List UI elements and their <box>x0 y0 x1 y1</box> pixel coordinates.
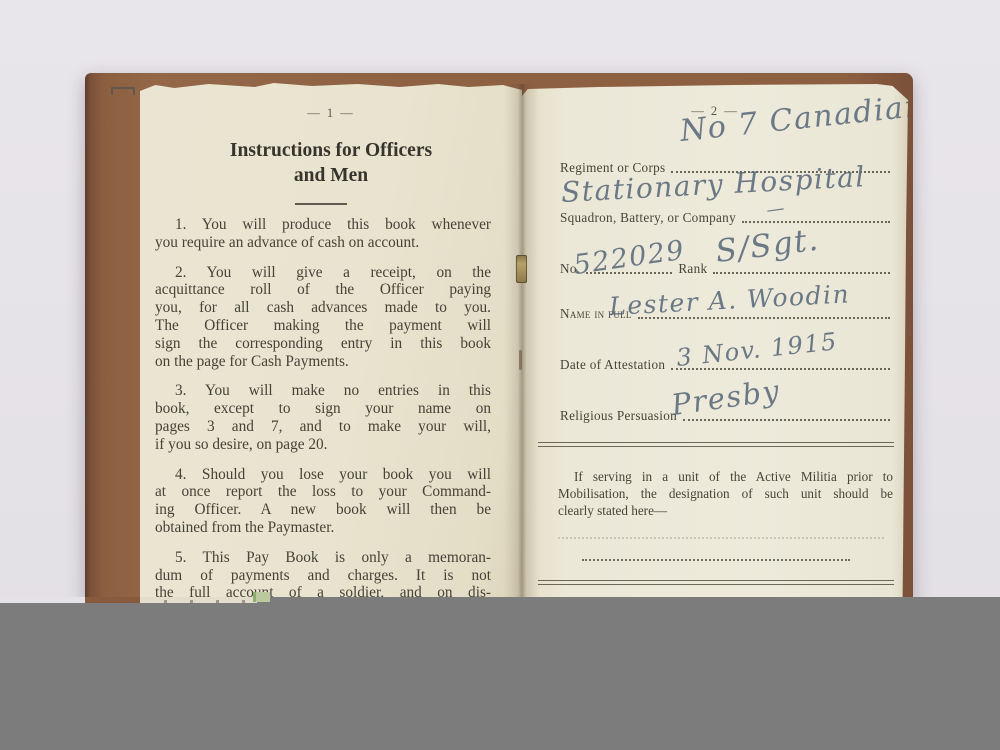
text-line: on the page for Cash Payments. <box>155 353 491 371</box>
text-line: The Officer making the payment will <box>155 317 491 335</box>
handwriting-squadron-dash: — <box>765 197 787 221</box>
unloaded-image-band <box>0 597 1000 750</box>
paragraph: 2. You will give a receipt, on theacquit… <box>155 264 491 371</box>
blank-dotted-line-faint <box>558 537 884 539</box>
militia-note: If serving in a unit of the Active Milit… <box>558 468 893 519</box>
page-title: Instructions for Officersand Men <box>140 138 522 188</box>
paybook-photo: — 1 — Instructions for Officersand Men 1… <box>0 0 1000 750</box>
field-squadron: Squadron, Battery, or Company <box>560 206 890 226</box>
image-artifact <box>253 592 270 602</box>
religion-label: Religious Persuasion <box>560 408 683 424</box>
staple-icon <box>111 87 135 95</box>
paragraph: 1. You will produce this book wheneveryo… <box>155 216 491 252</box>
spine-mark <box>519 350 522 370</box>
text-line: Mobilisation, the designation of such un… <box>558 485 893 502</box>
text-line: 2. You will give a receipt, on the <box>155 264 491 282</box>
instructions-text: 1. You will produce this book wheneveryo… <box>155 216 491 603</box>
text-line: 5. This Pay Book is only a memoran- <box>155 549 491 567</box>
text-line: Instructions for Officers <box>140 138 522 163</box>
attestation-label: Date of Attestation <box>560 357 671 373</box>
blank-dotted-line <box>582 559 850 561</box>
squadron-label: Squadron, Battery, or Company <box>560 210 742 226</box>
text-line: at once report the loss to your Command- <box>155 483 491 501</box>
section-rule <box>538 580 894 585</box>
handwriting-regiment-line1: No 7 Canadian <box>678 88 908 149</box>
backdrop-sliver <box>0 597 85 603</box>
cover-sliver <box>85 597 140 603</box>
text-line: 1. You will produce this book whenever <box>155 216 491 234</box>
text-line: sign the corresponding entry in this boo… <box>155 335 491 353</box>
text-line: dum of payments and charges. It is not <box>155 567 491 585</box>
page-sliver <box>140 597 257 603</box>
left-page: — 1 — Instructions for Officersand Men 1… <box>140 82 522 603</box>
section-rule <box>538 442 894 447</box>
title-rule <box>295 203 347 205</box>
text-line: pages 3 and 7, and to make your will, <box>155 418 491 436</box>
paragraph: 3. You will make no entries in thisbook,… <box>155 382 491 453</box>
dotted-leader <box>713 271 890 274</box>
text-line: you, for all cash advances made to you. <box>155 299 491 317</box>
text-line: 3. You will make no entries in this <box>155 382 491 400</box>
text-line: ing Officer. A new book will then be <box>155 501 491 519</box>
text-line: if you so desire, on page 20. <box>155 436 491 454</box>
text-line: clearly stated here— <box>558 502 893 519</box>
page-number-left: — 1 — <box>140 106 522 121</box>
text-line: 4. Should you lose your book you will <box>155 466 491 484</box>
right-page: — 2 — Regiment or Corps Squadron, Batter… <box>522 84 908 598</box>
text-line: acquittance roll of the Officer paying <box>155 281 491 299</box>
text-line: you require an advance of cash on accoun… <box>155 234 491 252</box>
staple-icon <box>516 255 527 283</box>
text-line: If serving in a unit of the Active Milit… <box>558 468 893 485</box>
paragraph: 5. This Pay Book is only a memoran-dum o… <box>155 549 491 603</box>
paragraph: 4. Should you lose your book you willat … <box>155 466 491 537</box>
dotted-leader <box>683 418 890 421</box>
text-line: obtained from the Paymaster. <box>155 519 491 537</box>
text-line: and Men <box>140 163 522 188</box>
text-line: book, except to sign your name on <box>155 400 491 418</box>
